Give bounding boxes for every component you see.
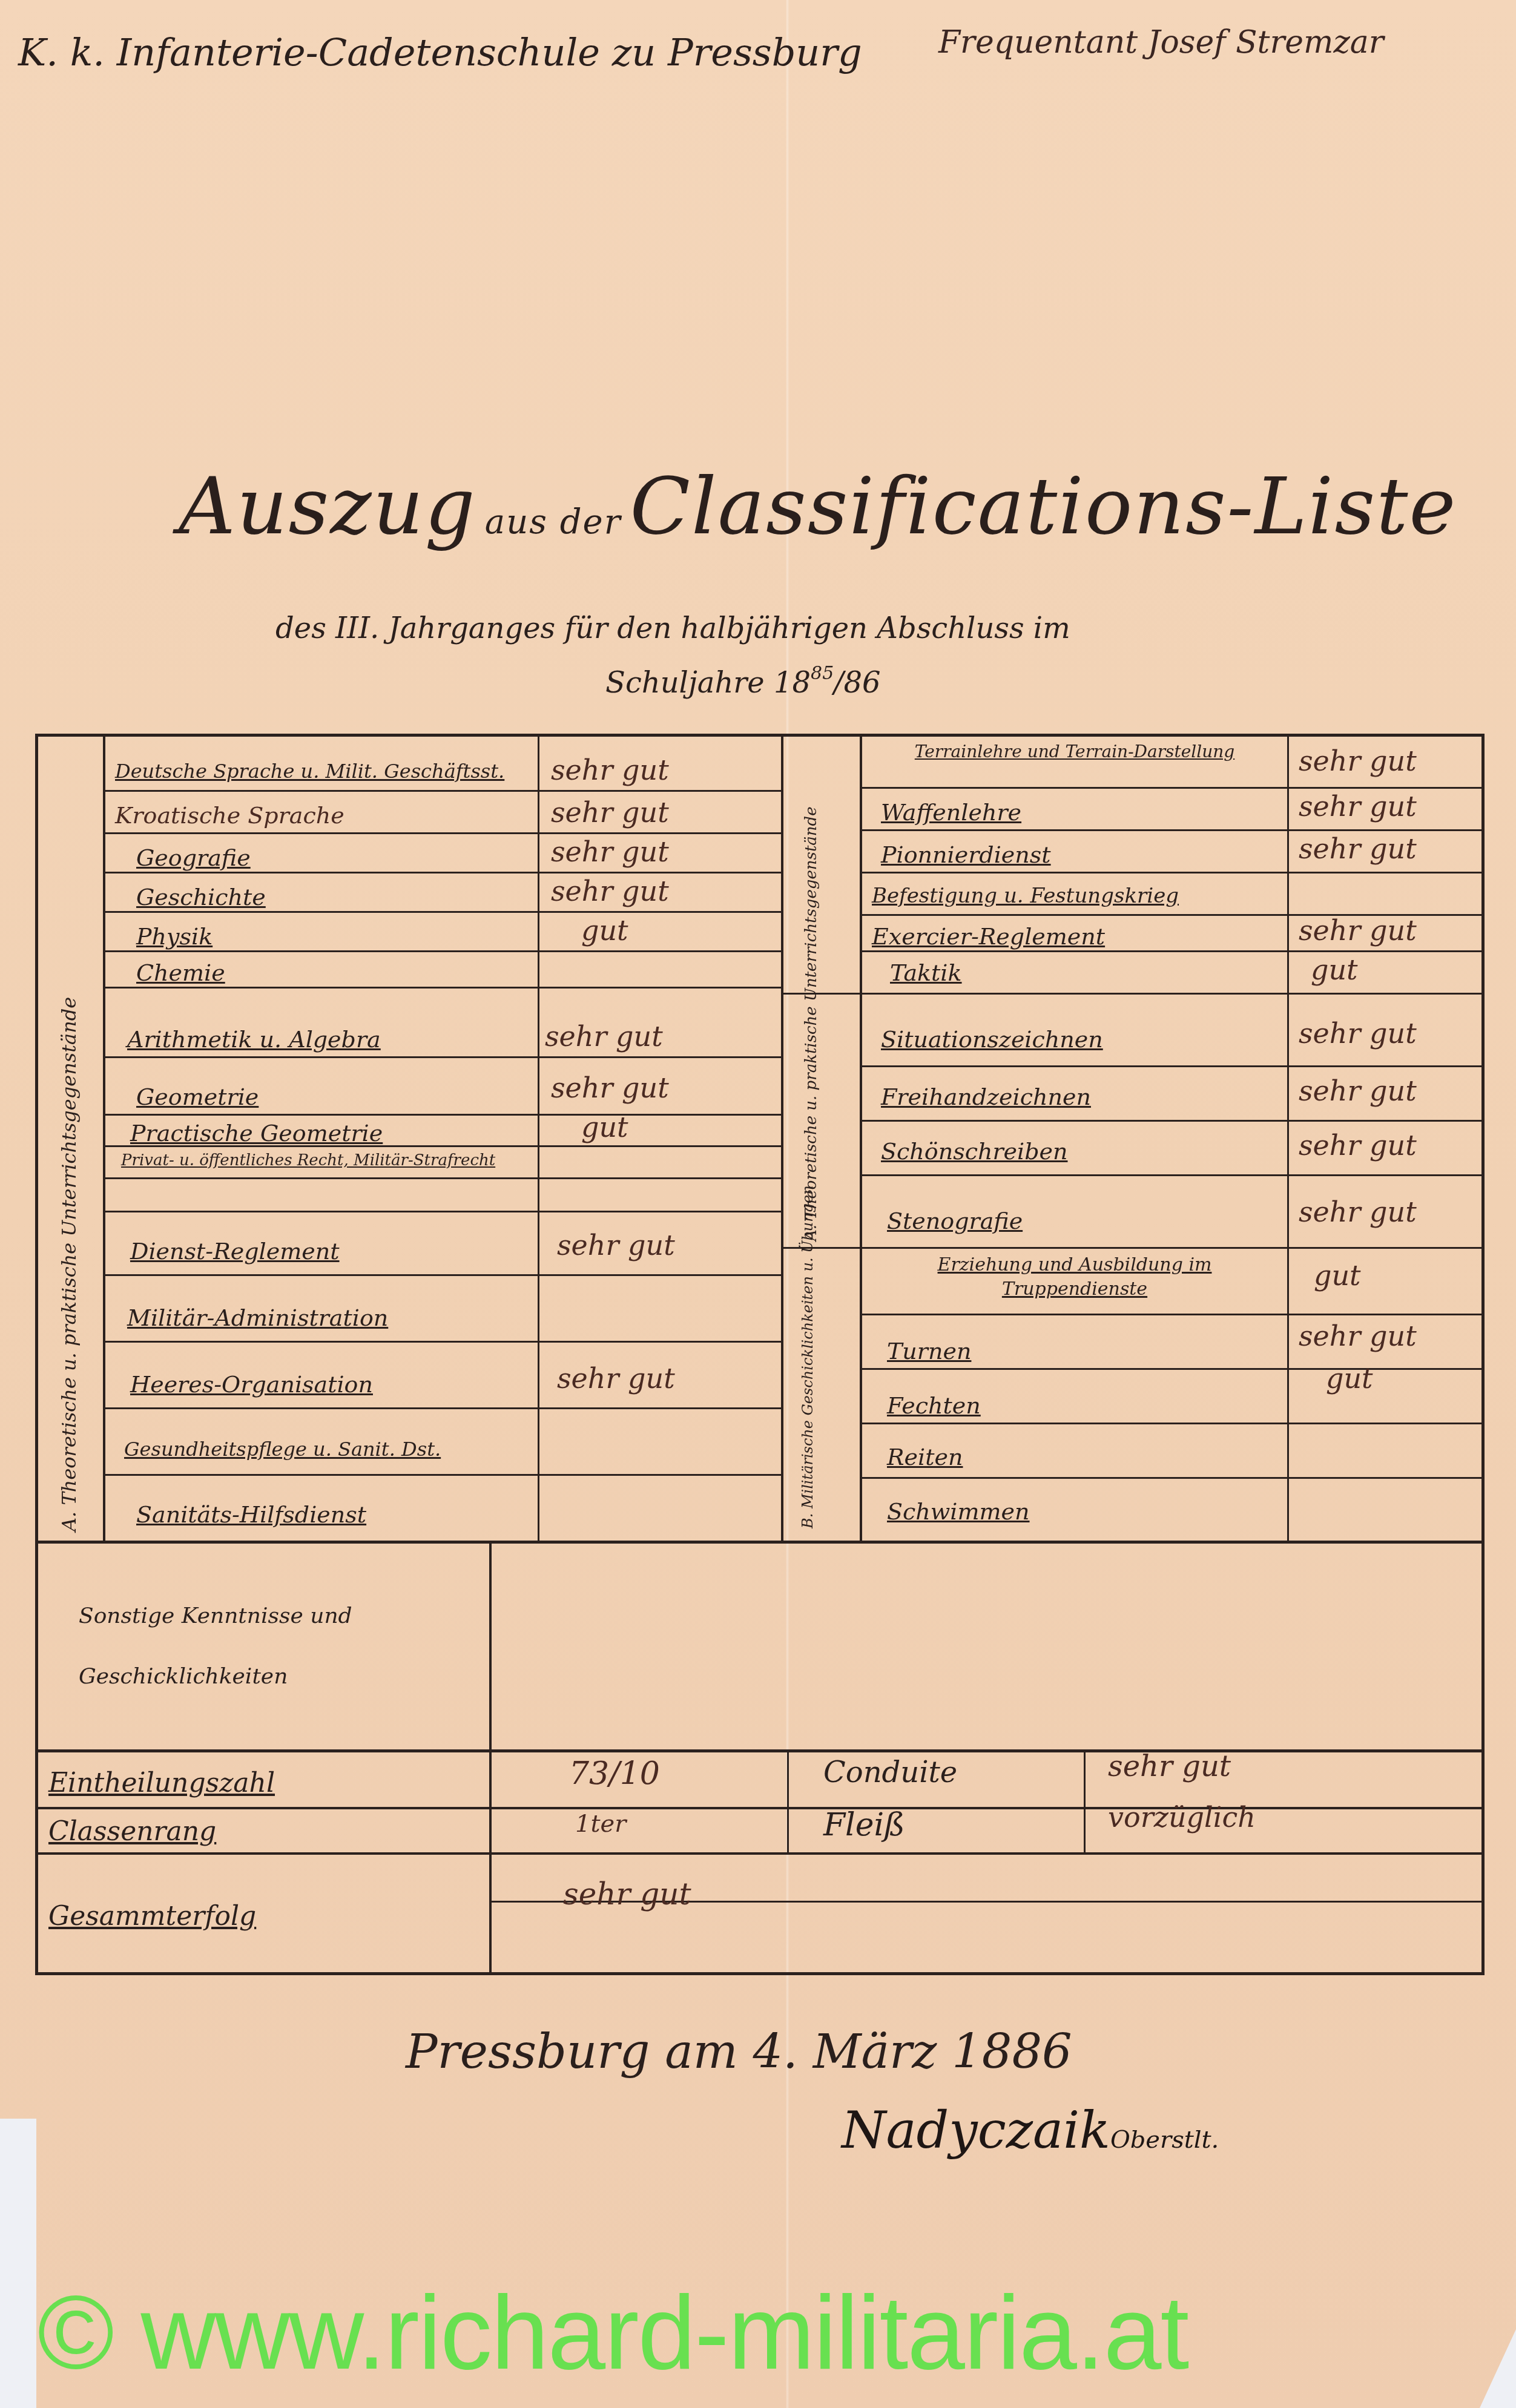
classenrang-value: 1ter	[575, 1810, 626, 1838]
grade-exercier-reglement: sehr gut	[1299, 914, 1417, 947]
subject-stenografie: Stenografie	[887, 1208, 1023, 1234]
document-title: Auszugaus derClassifications-Liste	[179, 460, 1457, 552]
subject-exercier-reglement: Exercier-Reglement	[872, 923, 1105, 950]
subject-dienst-reglement: Dienst-Reglement	[130, 1238, 340, 1265]
table-divider	[103, 734, 105, 1544]
table-divider	[489, 1542, 492, 1975]
grade-heeres-organisation: sehr gut	[557, 1362, 675, 1395]
grade-dienst-reglement: sehr gut	[557, 1229, 675, 1262]
subject-erziehung: Erziehung und Ausbildung im Truppendiens…	[872, 1253, 1277, 1301]
row-line	[104, 832, 781, 834]
row-line	[861, 1120, 1485, 1122]
fleiss-value: vorzüglich	[1108, 1801, 1256, 1834]
grade-situationszeichnen: sehr gut	[1299, 1017, 1417, 1050]
subject-practische-geometrie: Practische Geometrie	[130, 1120, 383, 1146]
table-divider	[538, 734, 539, 1544]
grade-deutsche-sprache: sehr gut	[551, 754, 669, 786]
subject-chemie: Chemie	[136, 959, 225, 986]
torn-corner	[1480, 2329, 1516, 2408]
section-a-label: A. Theoretische u. praktische Unterricht…	[58, 997, 81, 1531]
subject-turnen: Turnen	[887, 1338, 971, 1364]
classenrang-label: Classenrang	[48, 1816, 216, 1847]
row-line	[35, 1749, 1485, 1752]
subject-recht: Privat- u. öffentliches Recht, Militär-S…	[121, 1150, 521, 1171]
conduite-value: sehr gut	[1108, 1749, 1231, 1783]
row-line	[861, 1423, 1485, 1424]
subject-sanitaets-hilfsdienst: Sanitäts-Hilfsdienst	[136, 1501, 366, 1528]
subject-deutsche-sprache: Deutsche Sprache u. Milit. Geschäftsst.	[115, 760, 504, 783]
row-line	[104, 1474, 781, 1476]
row-line	[861, 1314, 1485, 1315]
row-line	[104, 1056, 781, 1058]
section-a-right-label: A. Theoretische u. praktische Unterricht…	[802, 806, 820, 1241]
grade-erziehung: gut	[1314, 1259, 1361, 1292]
subtitle-line-1: des III. Jahrganges für den halbjährigen…	[275, 611, 1070, 645]
row-line	[104, 1114, 781, 1116]
row-line	[861, 950, 1485, 952]
subject-freihandzeichnen: Freihandzeichnen	[881, 1084, 1091, 1110]
school-year-prefix: Schuljahre 18	[605, 666, 811, 700]
grade-taktik: gut	[1311, 953, 1358, 986]
subject-geschichte: Geschichte	[136, 884, 266, 910]
row-line	[104, 911, 781, 913]
subject-geografie: Geografie	[136, 844, 251, 871]
grade-geschichte: sehr gut	[551, 875, 669, 907]
subject-schoenschreiben: Schönschreiben	[881, 1138, 1068, 1165]
row-line	[861, 829, 1485, 831]
subject-fechten: Fechten	[887, 1392, 981, 1419]
scan-margin	[0, 2119, 36, 2408]
copyright-watermark: © www.richard-militaria.at	[38, 2281, 1188, 2385]
grade-arithmetik: sehr gut	[545, 1020, 663, 1053]
row-line	[861, 787, 1485, 789]
other-knowledge-value	[496, 1550, 1477, 1743]
row-line	[35, 1852, 1485, 1855]
title-word-auszug: Auszug	[179, 460, 476, 552]
subject-befestigung: Befestigung u. Festungskrieg	[872, 884, 1179, 908]
subject-taktik: Taktik	[890, 959, 962, 986]
row-line	[861, 872, 1485, 873]
grade-turnen: sehr gut	[1299, 1320, 1417, 1352]
row-line	[35, 1807, 1485, 1809]
grade-pionnierdienst: sehr gut	[1299, 832, 1417, 865]
subtitle-line-2: Schuljahre 1885/86	[605, 663, 880, 700]
title-word-aus-der: aus der	[485, 502, 622, 542]
school-year-top: 85	[811, 663, 834, 684]
row-line	[104, 1211, 781, 1212]
subject-terrainlehre: Terrainlehre und Terrain-Darstellung	[872, 742, 1277, 762]
row-line	[861, 1174, 1485, 1176]
grade-kroatische-sprache: sehr gut	[551, 796, 669, 829]
title-word-liste: Classifications-Liste	[630, 460, 1457, 552]
row-line	[104, 1341, 781, 1343]
table-divider	[787, 1749, 789, 1852]
grade-physik: gut	[581, 914, 628, 947]
row-line	[782, 1247, 1485, 1249]
einteilungszahl-value: 73/10	[569, 1755, 660, 1792]
school-year-bottom: 86	[843, 666, 880, 700]
subject-reiten: Reiten	[887, 1444, 963, 1470]
signature-rank: Oberstlt.	[1110, 2126, 1219, 2154]
conduite-label: Conduite	[823, 1755, 957, 1789]
row-line	[104, 872, 781, 873]
grade-geometrie: sehr gut	[551, 1071, 669, 1104]
grade-waffenlehre: sehr gut	[1299, 790, 1417, 823]
subject-gesundheitspflege: Gesundheitspflege u. Sanit. Dst.	[124, 1438, 441, 1461]
subject-arithmetik: Arithmetik u. Algebra	[127, 1026, 381, 1053]
table-divider	[781, 734, 783, 1544]
subject-situationszeichnen: Situationszeichnen	[881, 1026, 1103, 1053]
row-line	[782, 993, 1485, 995]
grade-stenografie: sehr gut	[1299, 1196, 1417, 1228]
row-line	[104, 950, 781, 952]
row-line	[104, 1177, 781, 1179]
subject-physik: Physik	[136, 923, 213, 950]
gesammterfolg-value: sehr gut	[563, 1877, 691, 1912]
grade-freihandzeichnen: sehr gut	[1299, 1074, 1417, 1107]
candidate-name: Frequentant Josef Stremzar	[938, 24, 1384, 61]
grade-geografie: sehr gut	[551, 835, 669, 868]
subject-geometrie: Geometrie	[136, 1084, 259, 1110]
place-and-date: Pressburg am 4. März 1886	[406, 2025, 1072, 2079]
section-b-label: B. Militärische Geschicklichkeiten u. Üb…	[799, 1185, 816, 1528]
grade-practische-geometrie: gut	[581, 1111, 628, 1143]
row-line	[104, 1274, 781, 1276]
school-name: K. k. Infanterie-Cadetenschule zu Pressb…	[18, 30, 862, 74]
subject-pionnierdienst: Pionnierdienst	[881, 841, 1051, 868]
fleiss-label: Fleiß	[823, 1807, 905, 1843]
subject-kroatische-sprache: Kroatische Sprache	[115, 802, 344, 829]
row-line	[104, 987, 781, 989]
grade-schoenschreiben: sehr gut	[1299, 1129, 1417, 1162]
subject-waffenlehre: Waffenlehre	[881, 799, 1021, 826]
subject-schwimmen: Schwimmen	[887, 1498, 1030, 1525]
signature: NadyczaikOberstlt.	[842, 2100, 1219, 2160]
row-line	[861, 1065, 1485, 1067]
einteilungszahl-label: Eintheilungszahl	[48, 1768, 275, 1798]
table-divider	[1084, 1749, 1086, 1852]
gesammterfolg-label: Gesammterfolg	[48, 1901, 256, 1932]
row-line	[104, 790, 781, 792]
subject-heeres-organisation: Heeres-Organisation	[130, 1371, 373, 1398]
row-line	[861, 1477, 1485, 1479]
row-line	[861, 1368, 1485, 1370]
subject-militaer-administration: Militär-Administration	[127, 1304, 388, 1331]
row-line	[104, 1407, 781, 1409]
other-knowledge-label: Sonstige Kenntnisse und Geschicklichkeit…	[79, 1586, 454, 1707]
signature-name: Nadyczaik	[842, 2100, 1110, 2160]
grade-terrainlehre: sehr gut	[1299, 745, 1417, 777]
grade-fechten: gut	[1326, 1362, 1373, 1395]
